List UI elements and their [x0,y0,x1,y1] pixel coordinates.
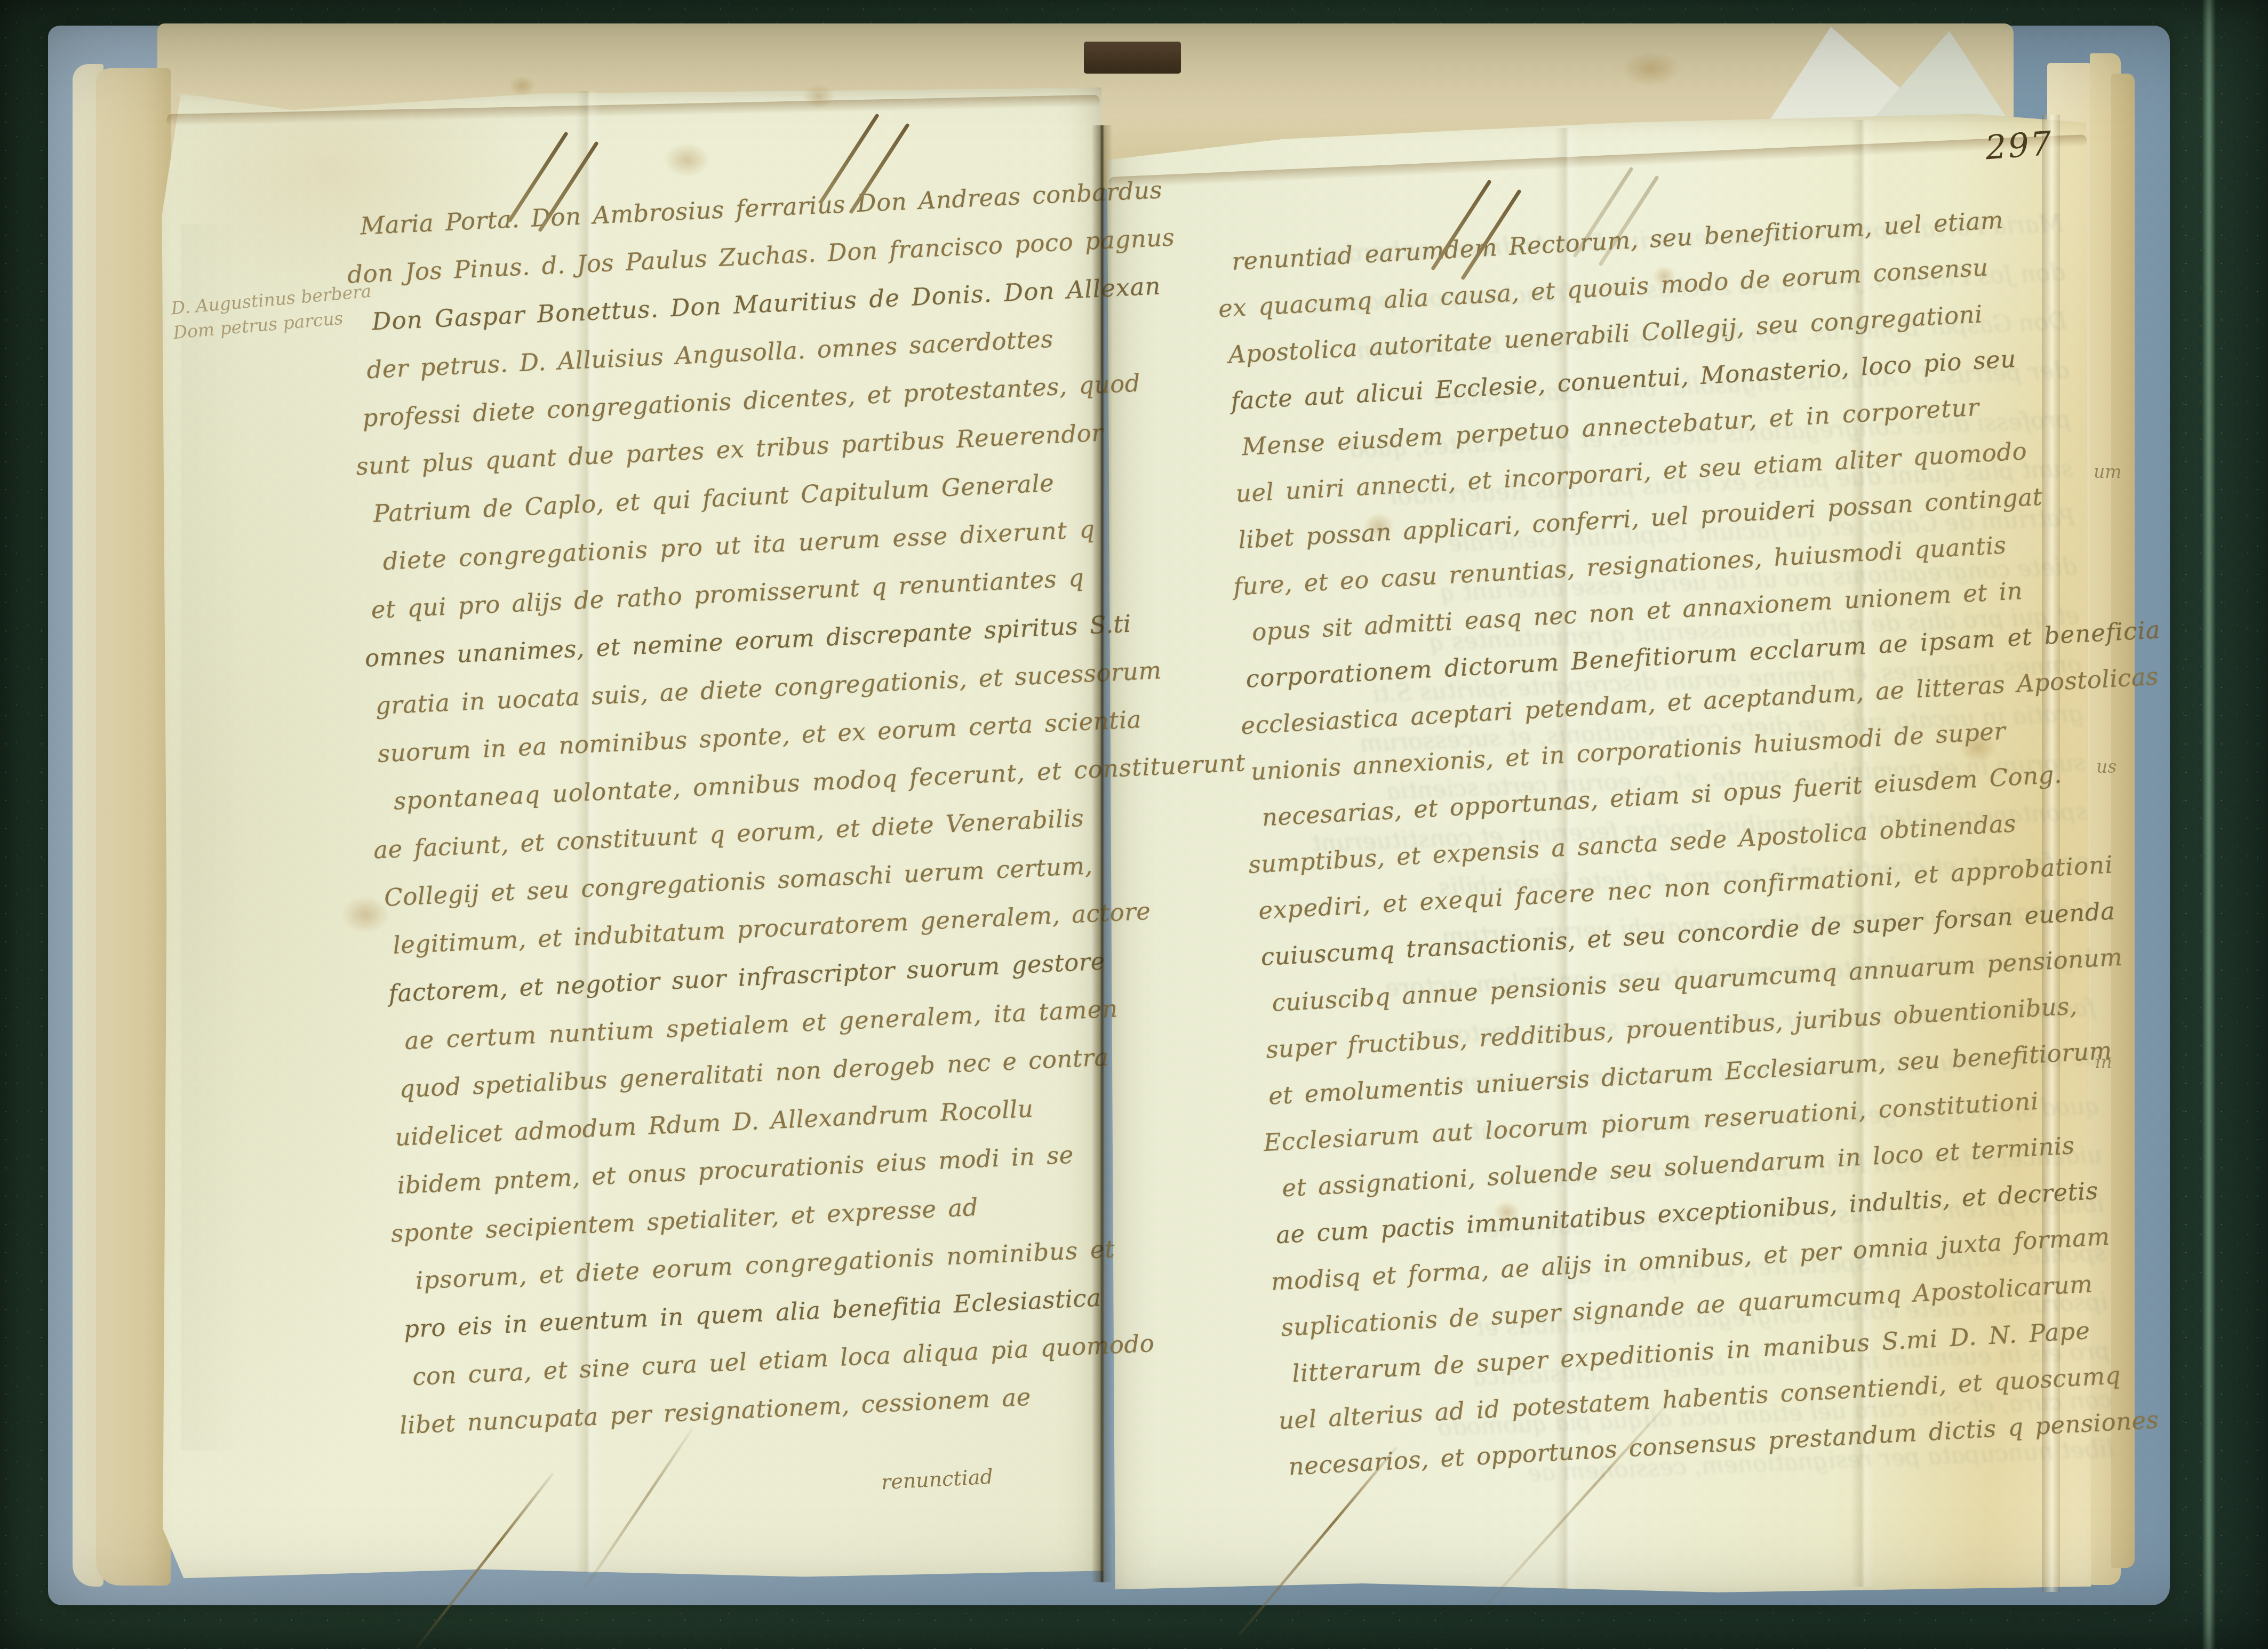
edge-text-fragment: um [2094,461,2122,482]
foxing-stain [1622,51,1680,86]
foxing-stain [803,84,835,109]
foxing-stain [509,76,535,96]
right-page-text-block: renuntiad earumdem Rectorum, seu benefit… [1223,201,2164,1499]
foxing-stain [341,896,389,933]
folio-number: 297 [1984,124,2055,167]
page-edge-layer-left [96,68,171,1586]
cover-groove-stripe [2202,0,2216,1649]
foxing-stain [664,143,710,177]
leather-spine-tab [1084,42,1181,74]
edge-text-fragment: us [2096,756,2117,777]
edge-text-fragment: in [2095,1052,2112,1072]
book-gutter-shadow [1091,125,1113,1582]
left-page-text-block: Maria Porta. Don Ambrosius ferrarius Don… [353,178,1156,1459]
manuscript-scan: Maria Porta. Don Ambrosius ferrarius Don… [0,0,2268,1649]
wear-streak [181,224,245,1451]
